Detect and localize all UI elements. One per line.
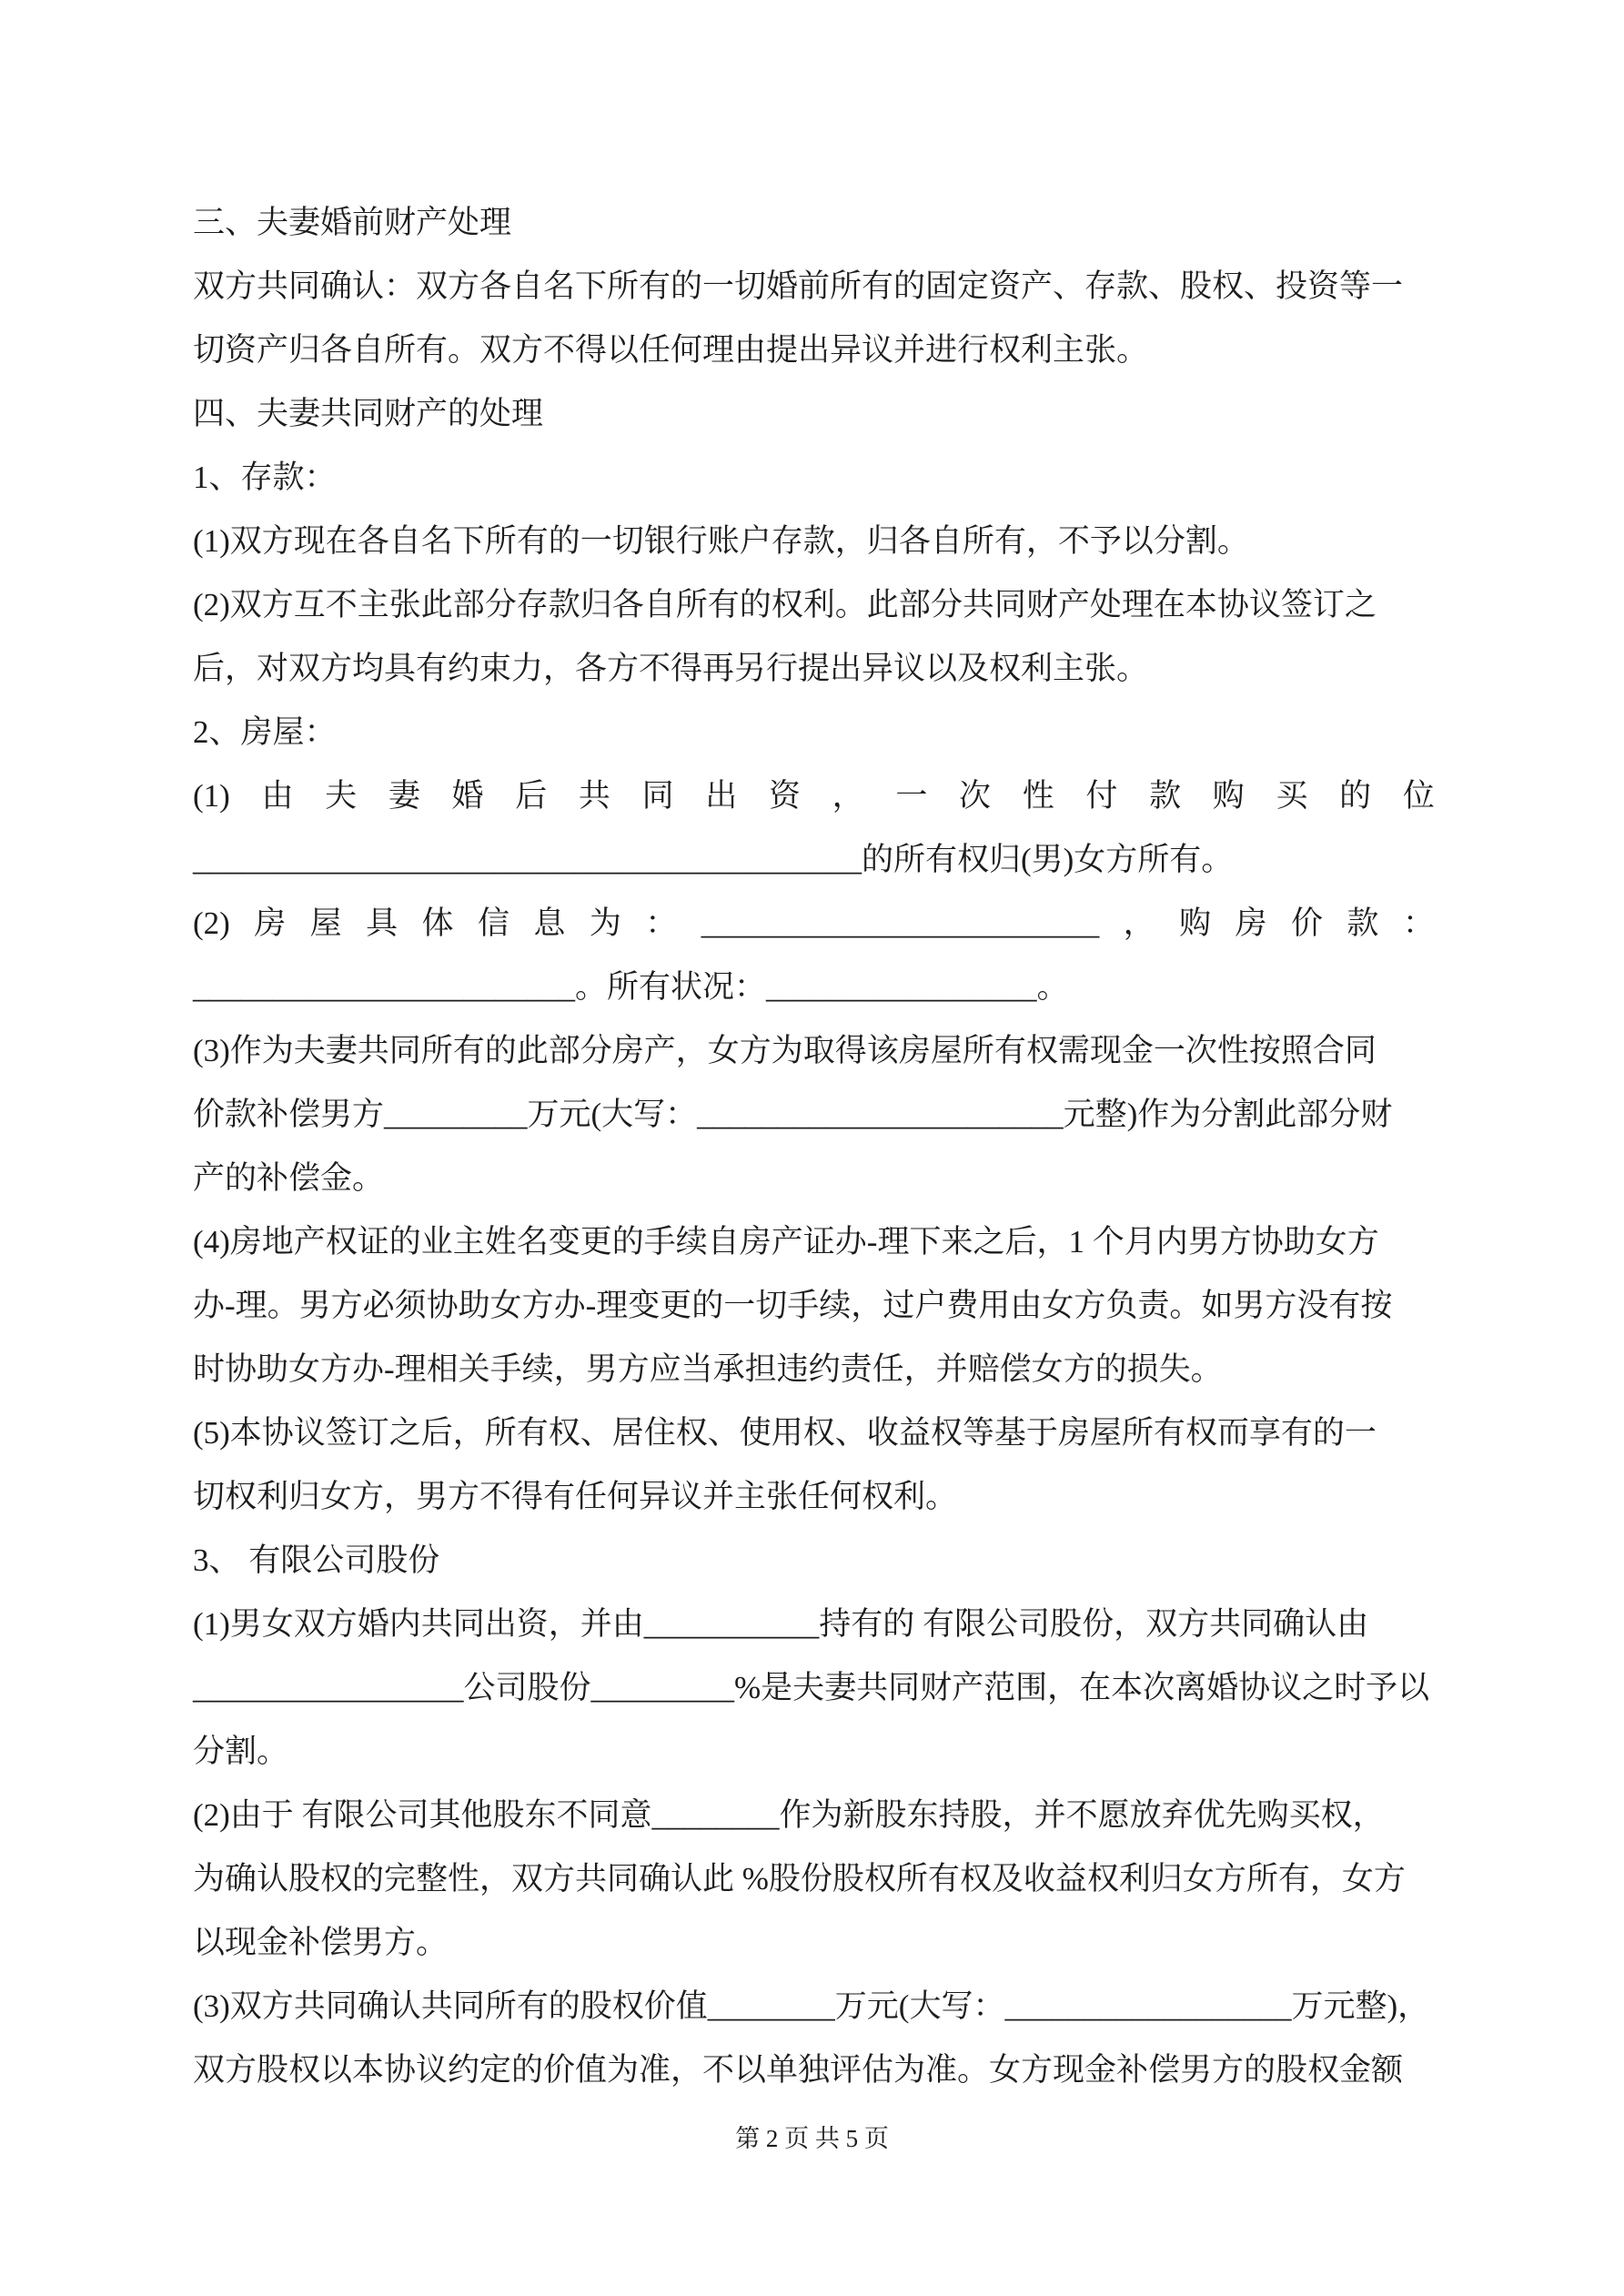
text-line: (3)作为夫妻共同所有的此部分房产，女方为取得该房屋所有权需现金一次性按照合同 — [193, 1019, 1435, 1083]
text-line: _________________公司股份_________%是夫妻共同财产范围… — [193, 1656, 1435, 1720]
text-line: 以现金补偿男方。 — [193, 1911, 1435, 1975]
text-line: (3)双方共同确认共同所有的股权价值________万元(大写：________… — [193, 1975, 1435, 2038]
text-line: 三、夫妻婚前财产处理 — [193, 191, 1435, 255]
text-line: (5)本协议签订之后，所有权、居住权、使用权、收益权等基于房屋所有权而享有的一 — [193, 1401, 1435, 1465]
text-line: ________________________________________… — [193, 828, 1435, 892]
text-line: 产的补偿金。 — [193, 1147, 1435, 1210]
text-line: (2)由于 有限公司其他股东不同意________作为新股东持股，并不愿放弃优先… — [193, 1784, 1435, 1847]
text-line: 价款补偿男方_________万元(大写：___________________… — [193, 1083, 1435, 1147]
text-line: (1)男女双方婚内共同出资，并由___________持有的 有限公司股份，双方… — [193, 1593, 1435, 1656]
text-line: 双方共同确认：双方各自名下所有的一切婚前所有的固定资产、存款、股权、投资等一 — [193, 255, 1435, 319]
text-line: 四、夫妻共同财产的处理 — [193, 382, 1435, 446]
text-line: (4)房地产权证的业主姓名变更的手续自房产证办-理下来之后，1 个月内男方协助女… — [193, 1210, 1435, 1274]
text-line: 后，对双方均具有约束力，各方不得再另行提出异议以及权利主张。 — [193, 637, 1435, 701]
text-line: 双方股权以本协议约定的价值为准，不以单独评估为准。女方现金补偿男方的股权金额 — [193, 2038, 1435, 2102]
text-line: 2、房屋： — [193, 701, 1435, 764]
page-number-footer: 第 2 页 共 5 页 — [0, 2114, 1624, 2163]
text-line: 切权利归女方，男方不得有任何异议并主张任何权利。 — [193, 1465, 1435, 1529]
document-body: 三、夫妻婚前财产处理双方共同确认：双方各自名下所有的一切婚前所有的固定资产、存款… — [193, 191, 1435, 2102]
text-line: 1、存款： — [193, 446, 1435, 510]
text-line: (1)由夫妻婚后共同出资，一次性付款购买的位 — [193, 764, 1435, 828]
text-line: ________________________。所有状况：__________… — [193, 956, 1435, 1019]
text-line: 时协助女方办-理相关手续，男方应当承担违约责任，并赔偿女方的损失。 — [193, 1338, 1435, 1401]
text-line: 3、 有限公司股份 — [193, 1529, 1435, 1593]
text-line: 切资产归各自所有。双方不得以任何理由提出异议并进行权利主张。 — [193, 319, 1435, 382]
text-line: (2)房屋具体信息为：_________________________，购房价… — [193, 892, 1435, 956]
text-line: 分割。 — [193, 1720, 1435, 1784]
text-line: 为确认股权的完整性，双方共同确认此 %股份股权所有权及收益权利归女方所有，女方 — [193, 1847, 1435, 1911]
text-line: (1)双方现在各自名下所有的一切银行账户存款，归各自所有，不予以分割。 — [193, 510, 1435, 573]
text-line: (2)双方互不主张此部分存款归各自所有的权利。此部分共同财产处理在本协议签订之 — [193, 573, 1435, 637]
document-page: 三、夫妻婚前财产处理双方共同确认：双方各自名下所有的一切婚前所有的固定资产、存款… — [0, 0, 1624, 2296]
text-line: 办-理。男方必须协助女方办-理变更的一切手续，过户费用由女方负责。如男方没有按 — [193, 1274, 1435, 1338]
